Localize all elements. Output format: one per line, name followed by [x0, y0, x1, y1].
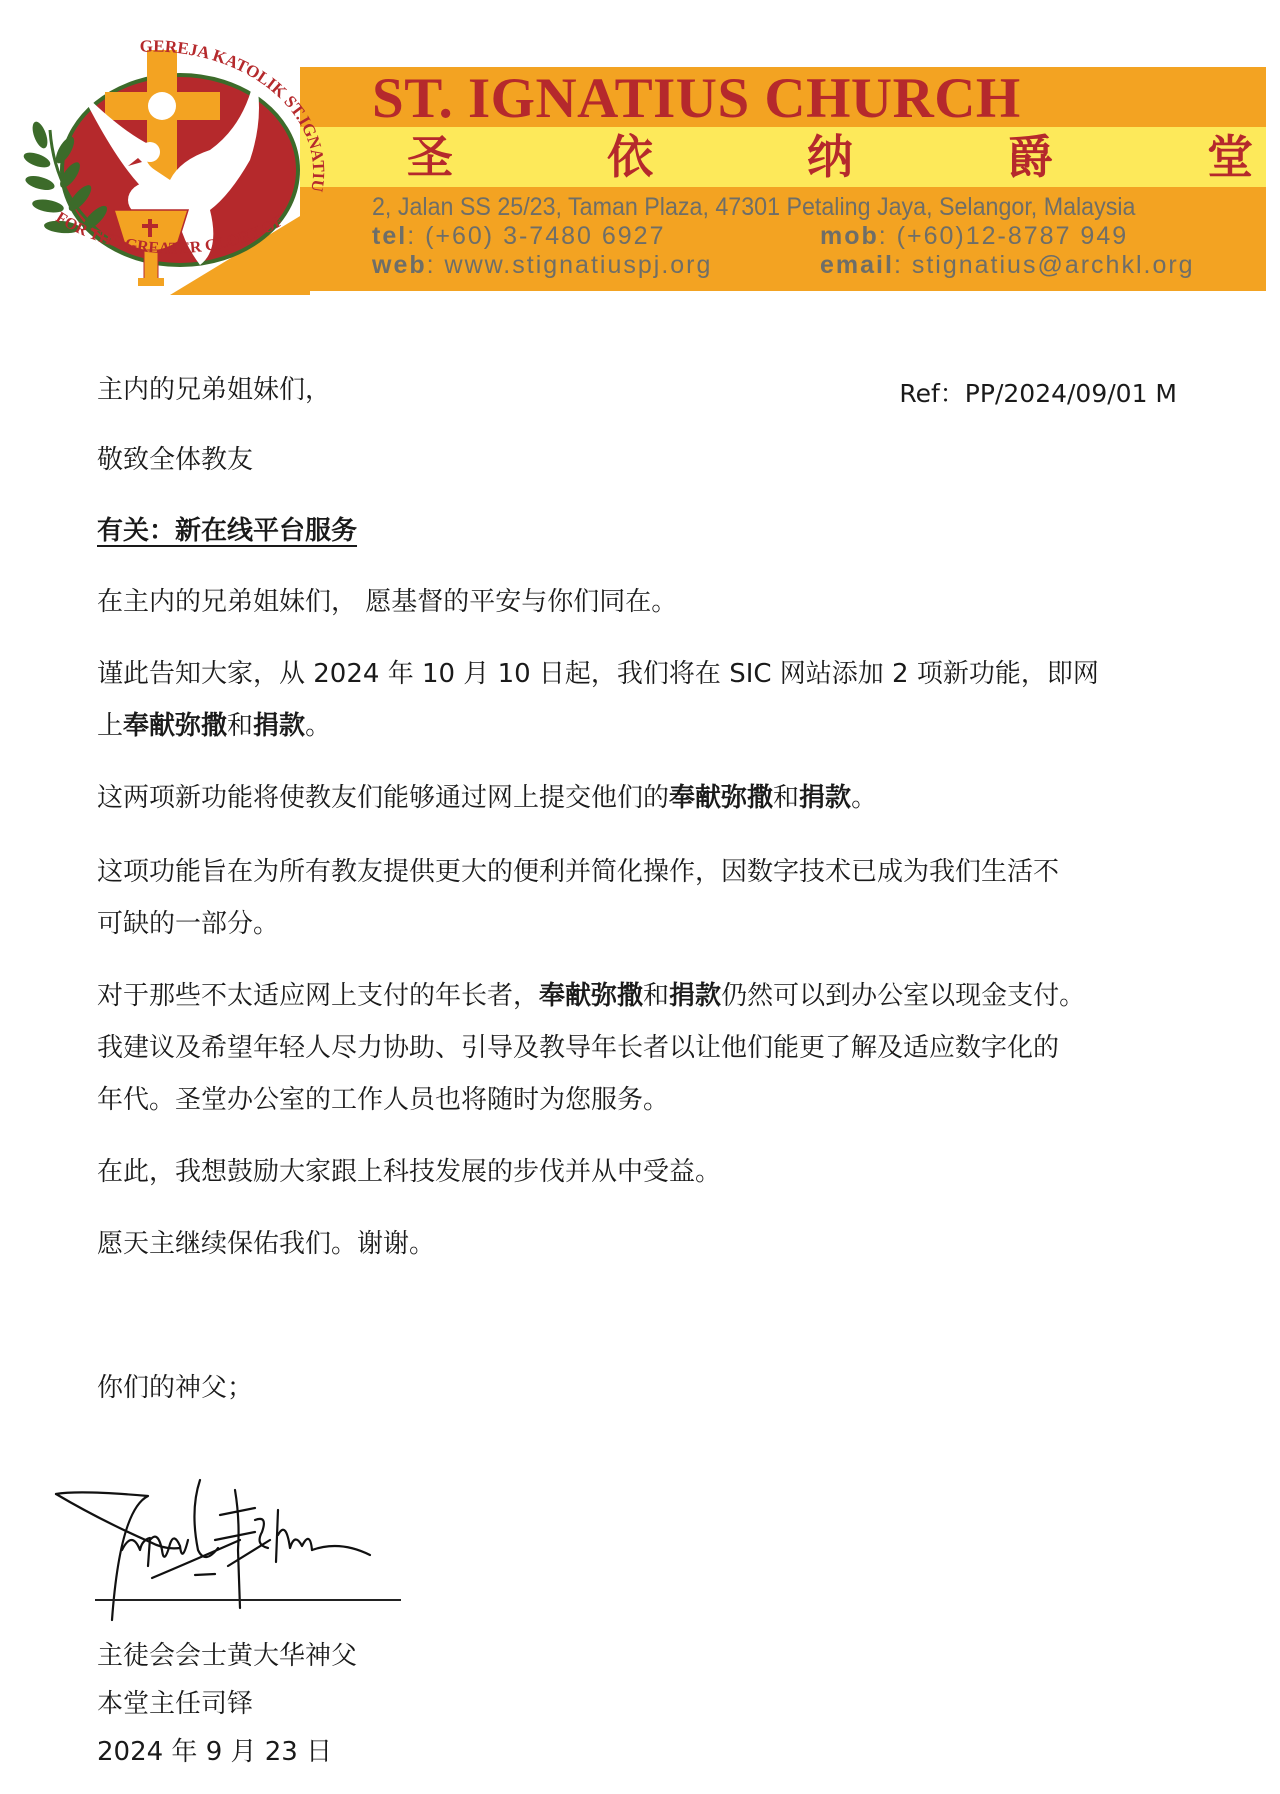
paragraph-6: 在此，我想鼓励大家跟上科技发展的步伐并从中受益。: [97, 1146, 721, 1198]
letter-date: 2024 年 9 月 23 日: [97, 1726, 332, 1778]
tel-label: tel: [372, 222, 407, 250]
signer-name: 主徒会会士黄大华神父: [97, 1630, 357, 1682]
website: web: www.stignatiuspj.org: [372, 251, 820, 280]
email-link[interactable]: : stignatius@archkl.org: [894, 251, 1195, 279]
addressee: 敬致全体教友: [97, 434, 253, 486]
signer-title: 本堂主任司铎: [97, 1678, 253, 1730]
church-name-cn-char: 圣: [400, 128, 460, 186]
subject-heading: 有关：新在线平台服务: [97, 505, 357, 557]
emphasis-mass-offering: 奉献弥撒: [669, 783, 773, 813]
emphasis-donation: 捐款: [669, 981, 721, 1011]
paragraph-5-line-2: 我建议及希望年轻人尽力协助、引导及教导年长者以让他们能更了解及适应数字化的: [97, 1022, 1059, 1074]
paragraph-2-line-2: 上奉献弥撒和捐款。: [97, 700, 331, 752]
web-link[interactable]: : www.stignatiuspj.org: [427, 251, 713, 279]
paragraph-4-line-2: 可缺的一部分。: [97, 898, 279, 950]
greeting: 主内的兄弟姐妹们，: [97, 364, 331, 416]
reference-number: Ref：PP/2024/09/01 M: [899, 368, 1177, 420]
paragraph-3: 这两项新功能将使教友们能够通过网上提交他们的奉献弥撒和捐款。: [97, 772, 877, 824]
church-name-english: ST. IGNATIUS CHURCH: [372, 69, 1021, 129]
paragraph-2-line-1: 谨此告知大家，从 2024 年 10 月 10 日起，我们将在 SIC 网站添加…: [97, 648, 1099, 700]
paragraph-5-line-1: 对于那些不太适应网上支付的年长者，奉献弥撒和捐款仍然可以到办公室以现金支付。: [97, 970, 1085, 1022]
telephone: tel: (+60) 3-7480 6927: [372, 222, 820, 251]
paragraph-1: 在主内的兄弟姐妹们， 愿基督的平安与你们同在。: [97, 576, 677, 628]
mob-value: : (+60)12-8787 949: [879, 222, 1128, 250]
closing: 你们的神父；: [97, 1362, 253, 1414]
signature-icon: [40, 1470, 420, 1630]
tel-value: : (+60) 3-7480 6927: [407, 222, 665, 250]
emphasis-mass-offering: 奉献弥撒: [123, 711, 227, 741]
church-name-cn-char: 依: [600, 128, 660, 186]
signature-line: [95, 1599, 401, 1601]
contact-block: 2, Jalan SS 25/23, Taman Plaza, 47301 Pe…: [372, 193, 1212, 280]
paragraph-7: 愿天主继续保佑我们。谢谢。: [97, 1218, 435, 1270]
church-name-cn-char: 堂: [1200, 128, 1260, 186]
emphasis-donation: 捐款: [799, 783, 851, 813]
letterhead: ST. IGNATIUS CHURCH 圣 依 纳 爵 堂 2, Jalan S…: [0, 0, 1280, 300]
letterhead-banner: ST. IGNATIUS CHURCH 圣 依 纳 爵 堂 2, Jalan S…: [300, 67, 1266, 291]
church-logo-icon: GEREJA KATOLIK ST.IGNATIUS,PJ FOR THE GR…: [10, 20, 350, 300]
mobile: mob: (+60)12-8787 949: [820, 222, 1128, 251]
email: email: stignatius@archkl.org: [820, 251, 1195, 280]
church-name-chinese: 圣 依 纳 爵 堂: [400, 128, 1260, 186]
paragraph-5-line-3: 年代。圣堂办公室的工作人员也将随时为您服务。: [97, 1074, 669, 1126]
church-address: 2, Jalan SS 25/23, Taman Plaza, 47301 Pe…: [372, 193, 1135, 222]
church-name-cn-char: 纳: [800, 128, 860, 186]
church-name-cn-char: 爵: [1000, 128, 1060, 186]
paragraph-4-line-1: 这项功能旨在为所有教友提供更大的便利并简化操作，因数字技术已成为我们生活不: [97, 846, 1059, 898]
mob-label: mob: [820, 222, 879, 250]
email-label: email: [820, 251, 894, 279]
emphasis-donation: 捐款: [253, 711, 305, 741]
emphasis-mass-offering: 奉献弥撒: [539, 981, 643, 1011]
web-label: web: [372, 251, 427, 279]
